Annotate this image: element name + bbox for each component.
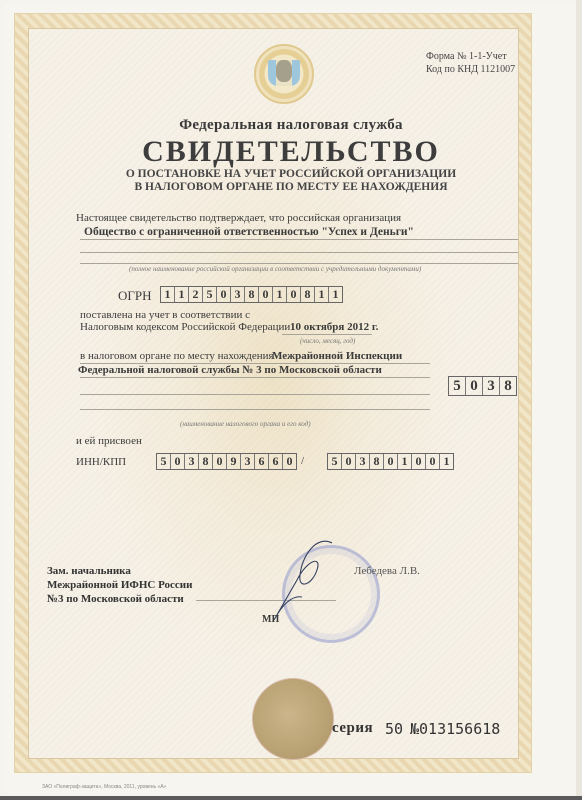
signatory-line1: Зам. начальника <box>47 564 192 578</box>
digit-cell: 9 <box>227 454 241 469</box>
ogrn-value: 1125038010811 <box>160 286 343 303</box>
signature-icon <box>262 535 342 625</box>
tax-authority-name-part2: Федеральной налоговой службы № 3 по Моск… <box>78 364 382 376</box>
digit-cell: 8 <box>199 454 213 469</box>
digit-cell: 1 <box>315 287 329 302</box>
registration-line1: поставлена на учет в соответствии с <box>80 309 250 321</box>
digit-cell: 8 <box>301 287 315 302</box>
digit-cell: 5 <box>449 377 466 395</box>
knd-code: Код по КНД 1121007 <box>426 63 515 76</box>
agency-name: Федеральная налоговая служба <box>0 117 582 134</box>
signatory-name: Лебедева Л.В. <box>354 565 420 577</box>
scan-edge <box>576 0 582 800</box>
inn-value: 5038093660 <box>156 453 297 470</box>
scan-edge-bottom <box>0 796 582 800</box>
digit-cell: 3 <box>241 454 255 469</box>
digit-cell: 8 <box>500 377 516 395</box>
organization-name: Общество с ограниченной ответственностью… <box>84 226 414 238</box>
digit-cell: 3 <box>185 454 199 469</box>
digit-cell: 0 <box>259 287 273 302</box>
digit-cell: 6 <box>255 454 269 469</box>
certificate-number: №013156618 <box>410 720 500 738</box>
document-subtitle-line2: В НАЛОГОВОМ ОРГАНЕ ПО МЕСТУ ЕЕ НАХОЖДЕНИ… <box>0 181 582 193</box>
digit-cell: 3 <box>483 377 500 395</box>
ogrn-label: ОГРН <box>118 288 152 304</box>
tax-authority-name-part1: Межрайонной Инспекции <box>272 350 402 362</box>
document-subtitle-line1: О ПОСТАНОВКЕ НА УЧЕТ РОССИЙСКОЙ ОРГАНИЗА… <box>0 168 582 180</box>
digit-cell: 0 <box>426 454 440 469</box>
signatory-line3: №3 по Московской области <box>47 592 192 606</box>
document-title: СВИДЕТЕЛЬСТВО <box>0 135 582 169</box>
digit-cell: 0 <box>217 287 231 302</box>
organization-intro: Настоящее свидетельство подтверждает, чт… <box>76 212 401 224</box>
inn-kpp-separator: / <box>301 455 304 467</box>
digit-cell: 1 <box>329 287 342 302</box>
digit-cell: 5 <box>203 287 217 302</box>
digit-cell: 5 <box>328 454 342 469</box>
digit-cell: 0 <box>283 454 296 469</box>
organization-hint: (полное наименование российской организа… <box>129 265 421 273</box>
tax-authority-hint: (наименование налогового органа и его ко… <box>180 420 311 428</box>
digit-cell: 3 <box>231 287 245 302</box>
digit-cell: 0 <box>466 377 483 395</box>
digit-cell: 2 <box>189 287 203 302</box>
digit-cell: 3 <box>356 454 370 469</box>
underline <box>80 377 430 378</box>
inn-kpp-label: ИНН/КПП <box>76 456 126 468</box>
underline <box>80 409 430 410</box>
kpp-value: 503801001 <box>327 453 454 470</box>
printer-note: ЗАО «Полиграф-защита», Москва, 2011, уро… <box>42 784 166 790</box>
underline <box>282 334 372 335</box>
digit-cell: 0 <box>384 454 398 469</box>
digit-cell: 1 <box>440 454 453 469</box>
digit-cell: 1 <box>398 454 412 469</box>
series-value: 50 <box>385 720 403 738</box>
fns-emblem-icon <box>254 44 314 104</box>
tax-authority-intro: в налоговом органе по месту нахождения <box>80 350 274 362</box>
registration-date: 10 октября 2012 г. <box>290 321 378 333</box>
digit-cell: 5 <box>157 454 171 469</box>
digit-cell: 0 <box>171 454 185 469</box>
signatory-line2: Межрайонной ИФНС России <box>47 578 192 592</box>
registration-line2: Налоговым кодексом Российской Федерации <box>80 321 290 333</box>
digit-cell: 1 <box>273 287 287 302</box>
underline <box>80 239 518 240</box>
digit-cell: 1 <box>175 287 189 302</box>
double-headed-eagle-icon <box>276 60 292 82</box>
digit-cell: 0 <box>412 454 426 469</box>
series-label: серия <box>332 720 373 737</box>
digit-cell: 1 <box>161 287 175 302</box>
date-hint: (число, месяц, год) <box>300 337 355 345</box>
underline <box>80 263 518 264</box>
form-identifier: Форма № 1-1-Учет Код по КНД 1121007 <box>426 50 515 76</box>
digit-cell: 0 <box>213 454 227 469</box>
form-number: Форма № 1-1-Учет <box>426 50 515 63</box>
digit-cell: 0 <box>342 454 356 469</box>
assigned-label: и ей присвоен <box>76 435 142 447</box>
signatory-position: Зам. начальника Межрайонной ИФНС России … <box>47 564 192 606</box>
underline <box>80 252 518 253</box>
underline <box>80 394 430 395</box>
digit-cell: 8 <box>245 287 259 302</box>
tax-authority-code: 5038 <box>448 376 517 396</box>
embossed-seal-icon <box>252 678 334 760</box>
mp-label: МП <box>262 614 279 625</box>
digit-cell: 6 <box>269 454 283 469</box>
digit-cell: 0 <box>287 287 301 302</box>
digit-cell: 8 <box>370 454 384 469</box>
